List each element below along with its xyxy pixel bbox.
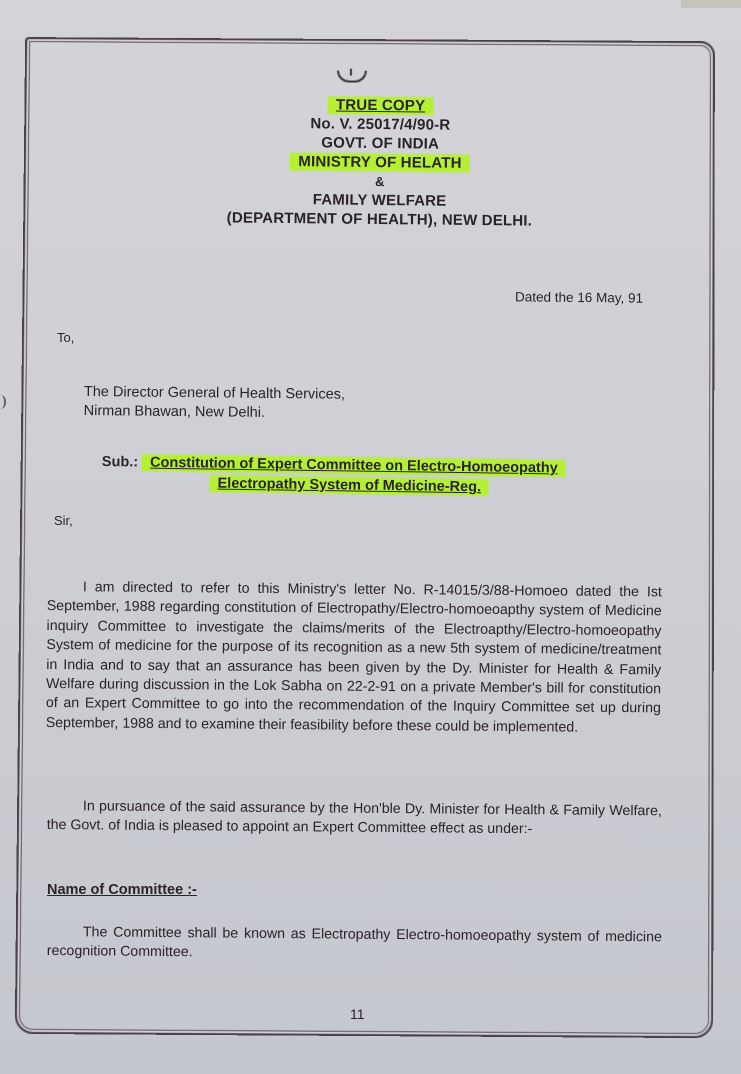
- letterhead: TRUE COPY No. V. 25017/4/90-R GOVT. OF I…: [149, 94, 610, 232]
- body-paragraph-3: The Committee shall be known as Electrop…: [47, 923, 662, 967]
- paragraph-2-text: In pursuance of the said assurance by th…: [47, 798, 662, 837]
- letter-date: Dated the 16 May, 91: [515, 289, 643, 305]
- addressee-line-2: Nirman Bhawan, New Delhi.: [84, 402, 345, 424]
- margin-mark: [0, 395, 6, 409]
- corner-stain: [681, 0, 741, 8]
- subject-line-2: Electropathy System of Medicine-Reg.: [209, 474, 489, 498]
- subject-block: Sub.:Constitution of Expert Committee on…: [101, 452, 642, 500]
- body-paragraph-2: In pursuance of the said assurance by th…: [47, 797, 662, 841]
- subject-label: Sub.:: [102, 454, 138, 471]
- ministry-name: MINISTRY OF HELATH: [290, 151, 470, 174]
- addressee-block: The Director General of Health Services,…: [84, 383, 345, 424]
- body-paragraph-1: I am directed to refer to this Ministry'…: [46, 578, 662, 739]
- true-copy-stamp: TRUE COPY: [328, 94, 434, 116]
- page-number: 11: [350, 1006, 365, 1022]
- salutation: Sir,: [54, 513, 73, 528]
- section-heading-name-of-committee: Name of Committee :-: [47, 882, 197, 898]
- paragraph-3-text: The Committee shall be known as Electrop…: [47, 924, 662, 960]
- paragraph-1-text: I am directed to refer to this Ministry'…: [46, 579, 662, 735]
- to-label: To,: [57, 330, 74, 345]
- border-pen-mark: [337, 71, 367, 83]
